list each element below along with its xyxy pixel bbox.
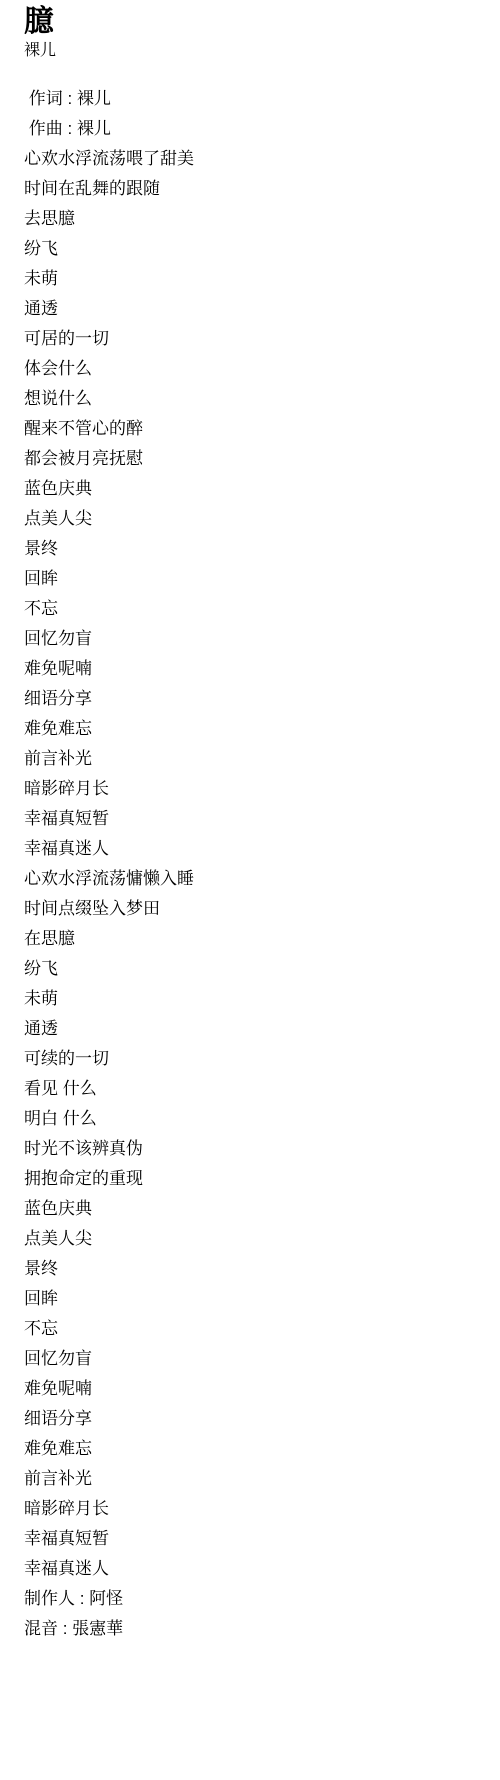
lyric-line: 看见 什么: [24, 1074, 490, 1104]
lyric-line: 幸福真迷人: [24, 834, 490, 864]
lyric-line: 混音 : 張憲華: [24, 1614, 490, 1644]
lyric-line: 景终: [24, 1254, 490, 1284]
lyric-line: 在思臆: [24, 924, 490, 954]
lyric-line: 未萌: [24, 984, 490, 1014]
lyric-line: 想说什么: [24, 384, 490, 414]
lyrics-page: 臆 裸儿 作词 : 裸儿 作曲 : 裸儿心欢水浮流荡喂了甜美时间在乱舞的跟随去思…: [0, 0, 500, 1644]
lyrics-text: 作词 : 裸儿 作曲 : 裸儿心欢水浮流荡喂了甜美时间在乱舞的跟随去思臆纷飞未萌…: [24, 84, 490, 1644]
lyric-line: 蓝色庆典: [24, 1194, 490, 1224]
artist-name: 裸儿: [24, 40, 490, 62]
lyric-line: 体会什么: [24, 354, 490, 384]
lyric-line: 点美人尖: [24, 1224, 490, 1254]
lyric-line: 时光不该辨真伪: [24, 1134, 490, 1164]
lyric-line: 难免呢喃: [24, 1374, 490, 1404]
lyric-line: 去思臆: [24, 204, 490, 234]
lyric-line: 回眸: [24, 1284, 490, 1314]
lyric-line: 幸福真短暂: [24, 1524, 490, 1554]
lyric-line: 时间点缀坠入梦田: [24, 894, 490, 924]
lyric-line: 作曲 : 裸儿: [24, 114, 490, 144]
lyric-line: 可续的一切: [24, 1044, 490, 1074]
lyric-line: 纷飞: [24, 954, 490, 984]
lyric-line: 难免呢喃: [24, 654, 490, 684]
lyric-line: 难免难忘: [24, 714, 490, 744]
lyric-line: 暗影碎月长: [24, 774, 490, 804]
lyric-line: 前言补光: [24, 1464, 490, 1494]
lyric-line: 幸福真短暂: [24, 804, 490, 834]
lyric-line: 回忆勿盲: [24, 1344, 490, 1374]
lyric-line: 细语分享: [24, 684, 490, 714]
song-title: 臆: [24, 2, 490, 40]
lyric-line: 回忆勿盲: [24, 624, 490, 654]
lyric-line: 通透: [24, 1014, 490, 1044]
lyric-line: 前言补光: [24, 744, 490, 774]
lyric-line: 作词 : 裸儿: [24, 84, 490, 114]
lyric-line: 幸福真迷人: [24, 1554, 490, 1584]
lyric-line: 景终: [24, 534, 490, 564]
lyric-line: 难免难忘: [24, 1434, 490, 1464]
lyric-line: 心欢水浮流荡慵懒入睡: [24, 864, 490, 894]
lyric-line: 明白 什么: [24, 1104, 490, 1134]
lyric-line: 通透: [24, 294, 490, 324]
lyric-line: 未萌: [24, 264, 490, 294]
lyric-line: 醒来不管心的醉: [24, 414, 490, 444]
lyric-line: 蓝色庆典: [24, 474, 490, 504]
lyric-line: 拥抱命定的重现: [24, 1164, 490, 1194]
lyric-line: 都会被月亮抚慰: [24, 444, 490, 474]
lyric-line: 细语分享: [24, 1404, 490, 1434]
lyric-line: 暗影碎月长: [24, 1494, 490, 1524]
lyric-line: 回眸: [24, 564, 490, 594]
lyric-line: 点美人尖: [24, 504, 490, 534]
lyric-line: 纷飞: [24, 234, 490, 264]
lyric-line: 不忘: [24, 1314, 490, 1344]
lyric-line: 心欢水浮流荡喂了甜美: [24, 144, 490, 174]
lyric-line: 可居的一切: [24, 324, 490, 354]
lyric-line: 时间在乱舞的跟随: [24, 174, 490, 204]
lyric-line: 制作人 : 阿怪: [24, 1584, 490, 1614]
lyric-line: 不忘: [24, 594, 490, 624]
